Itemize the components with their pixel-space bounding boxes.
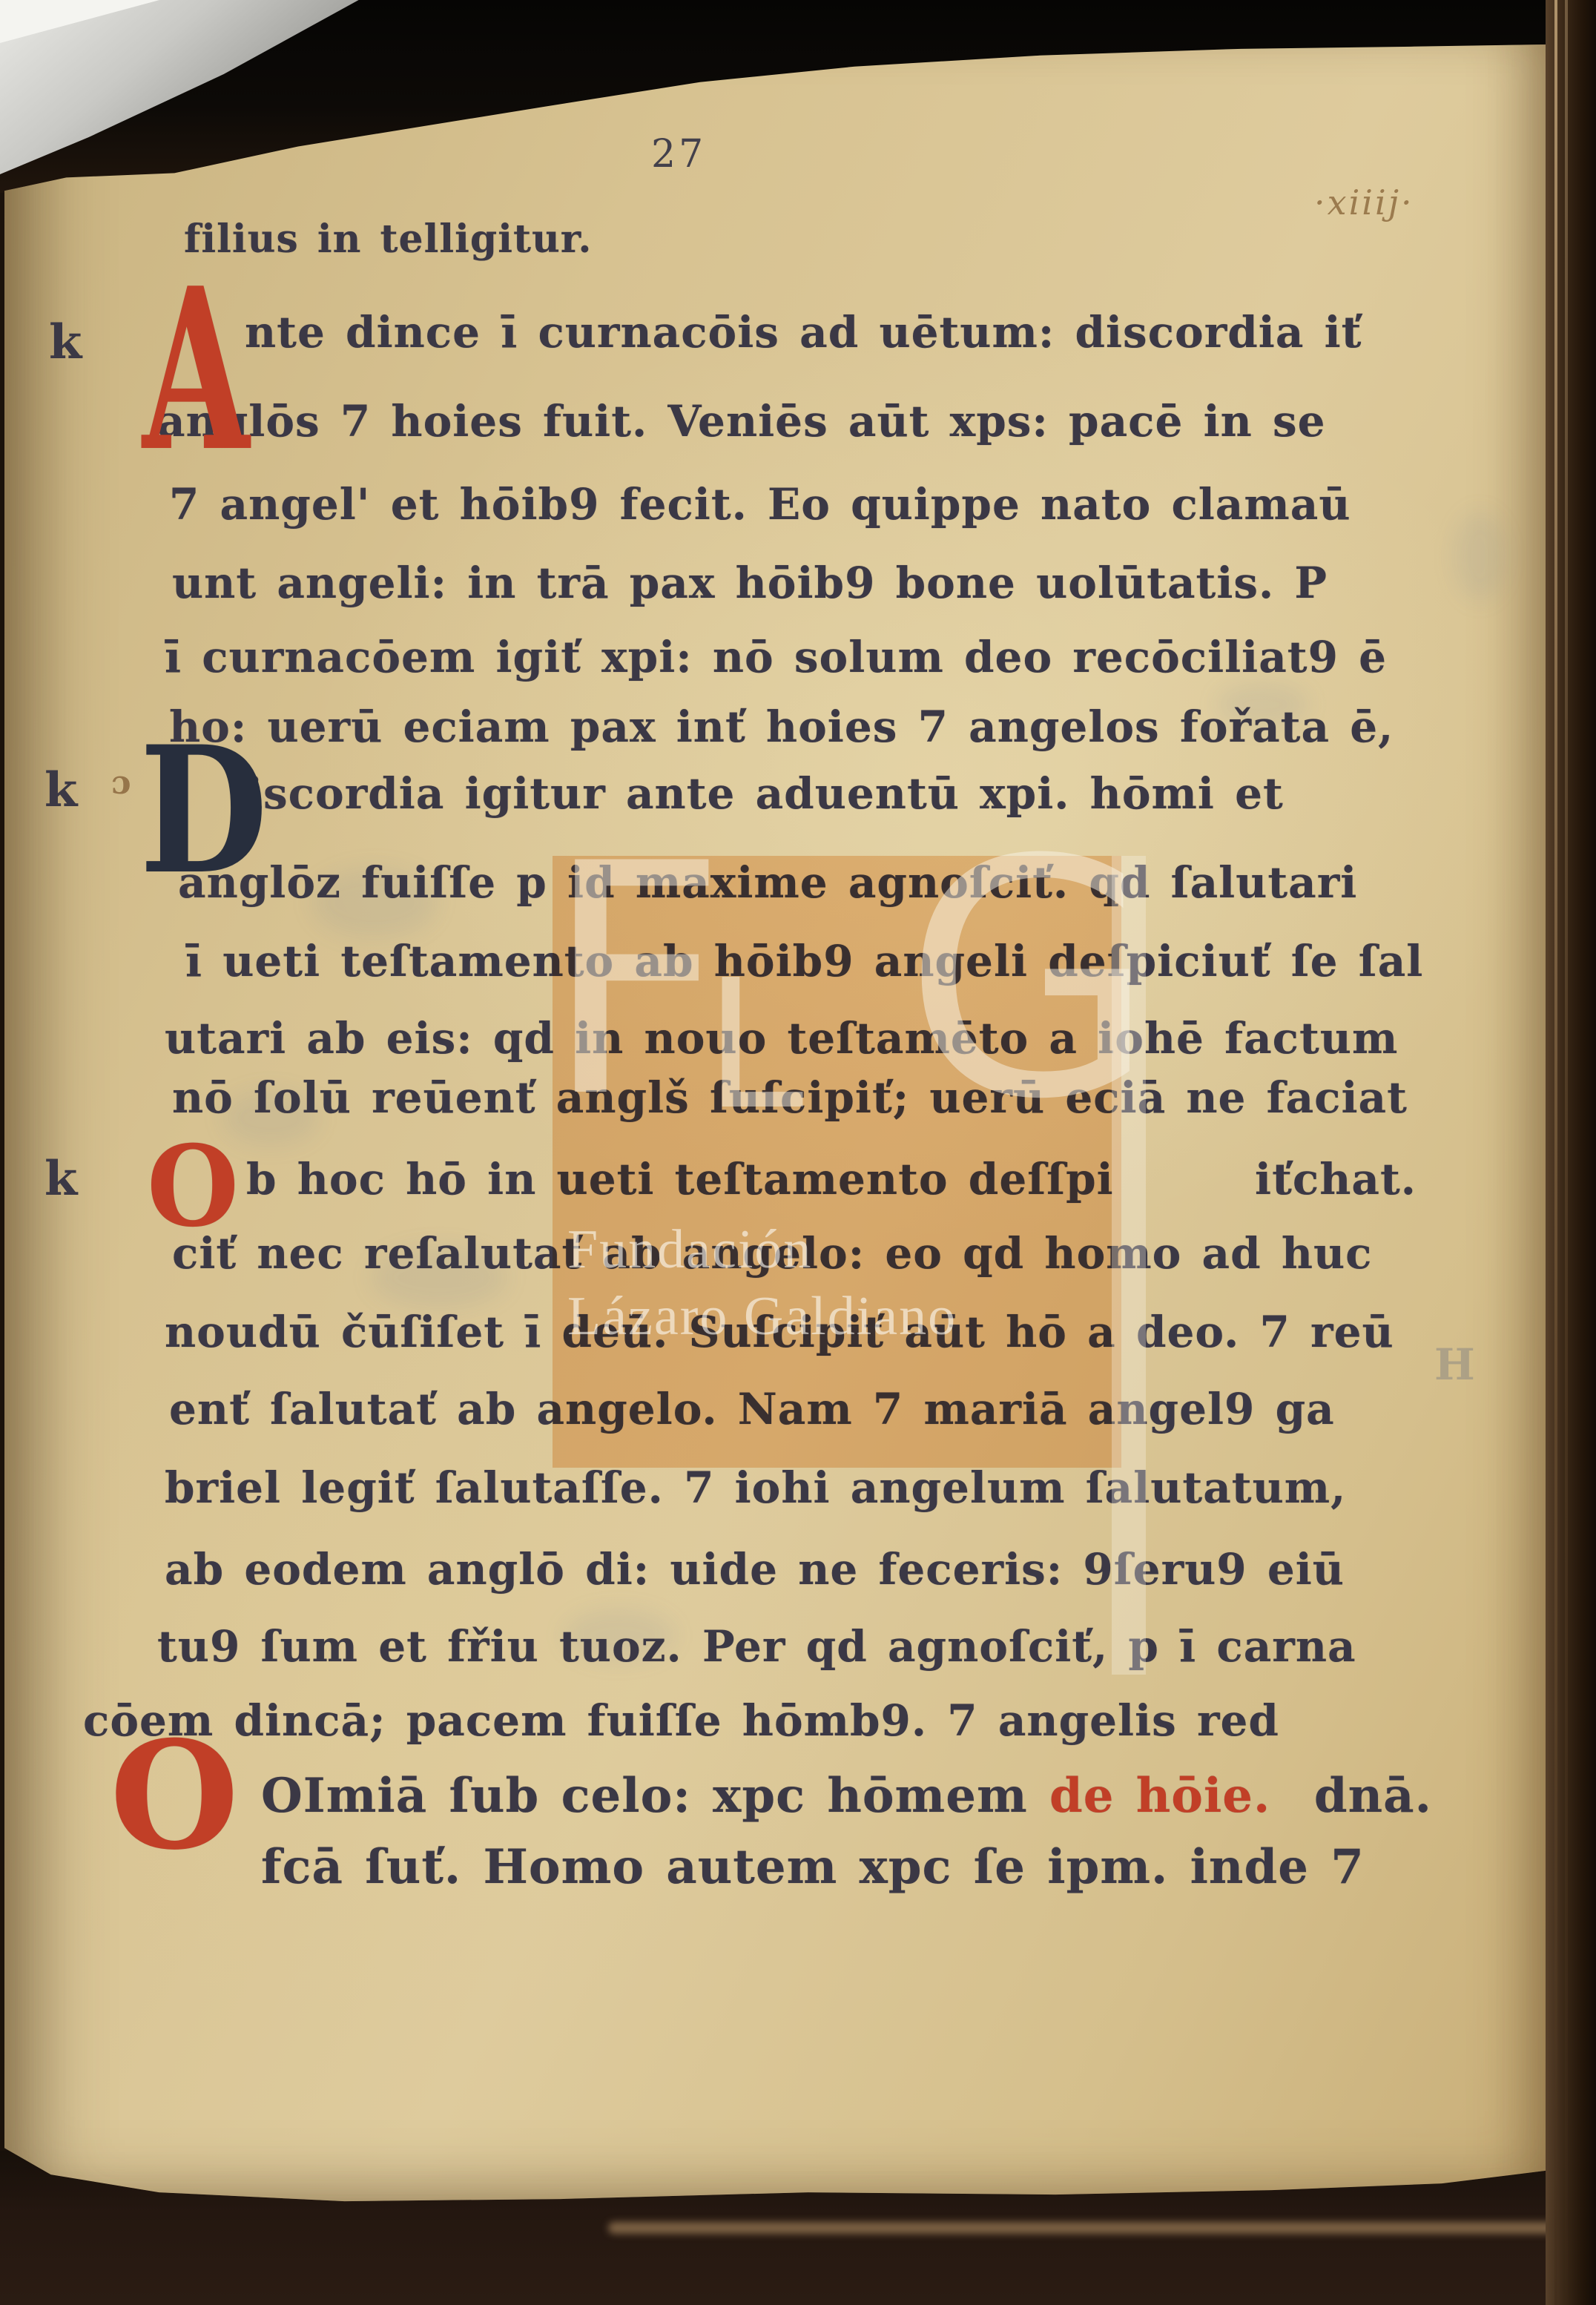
- margin-mark-k: k: [44, 1151, 77, 1207]
- watermark-vertical-bar: [1112, 856, 1146, 1675]
- ink-text: fcā ſuť. Homo autem xpc ſe ipm. inde 7: [261, 1839, 1365, 1895]
- ink-text: ī curnacōem igiť xpi: nō solum deo recōc…: [165, 632, 1387, 682]
- ink-text: 7 angel' et hōib9 fecit. Eo quippe nato …: [169, 479, 1351, 530]
- ink-text: unt angeli: in trā pax hōib9 bone uolūta…: [172, 558, 1328, 608]
- illuminated-initial-O: O: [147, 1144, 239, 1230]
- manuscript-text-line: cōem dincā; pacem fuiſſe hōmb9. 7 angeli…: [83, 1695, 1279, 1746]
- ink-text: tu9 ſum et fřiu tuoz. Per qd agnoſciť, p…: [157, 1621, 1356, 1672]
- manuscript-scan: { "page": { "number": "27", "quire_mark"…: [0, 0, 1596, 2305]
- illuminated-initial-O: O: [110, 1738, 239, 1854]
- margin-mark-k: k: [49, 314, 82, 370]
- ink-text: ab eodem anglō di: uide ne feceris: 9ſer…: [165, 1544, 1345, 1595]
- manuscript-text-line: unt angeli: in trā pax hōib9 bone uolūta…: [172, 558, 1328, 608]
- ink-text: anglōs 7 hoies fuit. Veniēs aūt xps: pac…: [157, 396, 1326, 446]
- manuscript-text-line: OImiā ſub celo: xpc hōmem de hōie. dnā.: [261, 1768, 1432, 1824]
- margin-mark-ɔ: ɔ: [111, 764, 131, 802]
- ink-text: cōem dincā; pacem fuiſſe hōmb9. 7 angeli…: [83, 1695, 1279, 1746]
- margin-mark-k: k: [44, 762, 77, 818]
- book-binding-edge: [1546, 0, 1596, 2305]
- ink-text: dnā.: [1270, 1768, 1432, 1824]
- manuscript-text-line: ab eodem anglō di: uide ne feceris: 9ſer…: [165, 1544, 1345, 1595]
- manuscript-text-line: 7 angel' et hōib9 fecit. Eo quippe nato …: [169, 479, 1351, 530]
- illuminated-initial-D: D: [139, 743, 268, 879]
- manuscript-text-line: tu9 ſum et fřiu tuoz. Per qd agnoſciť, p…: [157, 1621, 1356, 1672]
- manuscript-text-line: iscordia igitur ante aduentū xpi. hōmi e…: [246, 768, 1284, 819]
- manuscript-text-line: nte dince ī curnacōis ad uētum: discordi…: [245, 307, 1362, 357]
- watermark-tint-box: [553, 856, 1121, 1468]
- manuscript-text-line: ho: uerū eciam pax inť hoies 7 angelos f…: [169, 702, 1394, 752]
- ink-text: briel legiť ſalutaſſe. 7 iohi angelum ſa…: [165, 1463, 1346, 1513]
- ink-text: OImiā ſub celo: xpc hōmem: [261, 1768, 1049, 1824]
- rubricated-text: de hōie.: [1049, 1768, 1270, 1824]
- ink-text: nte dince ī curnacōis ad uētum: discordi…: [245, 307, 1362, 357]
- page-edge-line: [1554, 0, 1557, 2305]
- manuscript-text-line: briel legiť ſalutaſſe. 7 iohi angelum ſa…: [165, 1463, 1346, 1513]
- ink-text: iscordia igitur ante aduentū xpi. hōmi e…: [246, 768, 1284, 819]
- ink-text: ho: uerū eciam pax inť hoies 7 angelos f…: [169, 702, 1394, 752]
- margin-mark-H: H: [1434, 1339, 1475, 1390]
- manuscript-text-line: anglōs 7 hoies fuit. Veniēs aūt xps: pac…: [157, 396, 1326, 446]
- illuminated-initial-A: A: [142, 283, 249, 457]
- manuscript-text-line: fcā ſuť. Homo autem xpc ſe ipm. inde 7: [261, 1839, 1365, 1895]
- page-edge-line: [1565, 0, 1568, 2305]
- manuscript-text-line: ī curnacōem igiť xpi: nō solum deo recōc…: [165, 632, 1387, 682]
